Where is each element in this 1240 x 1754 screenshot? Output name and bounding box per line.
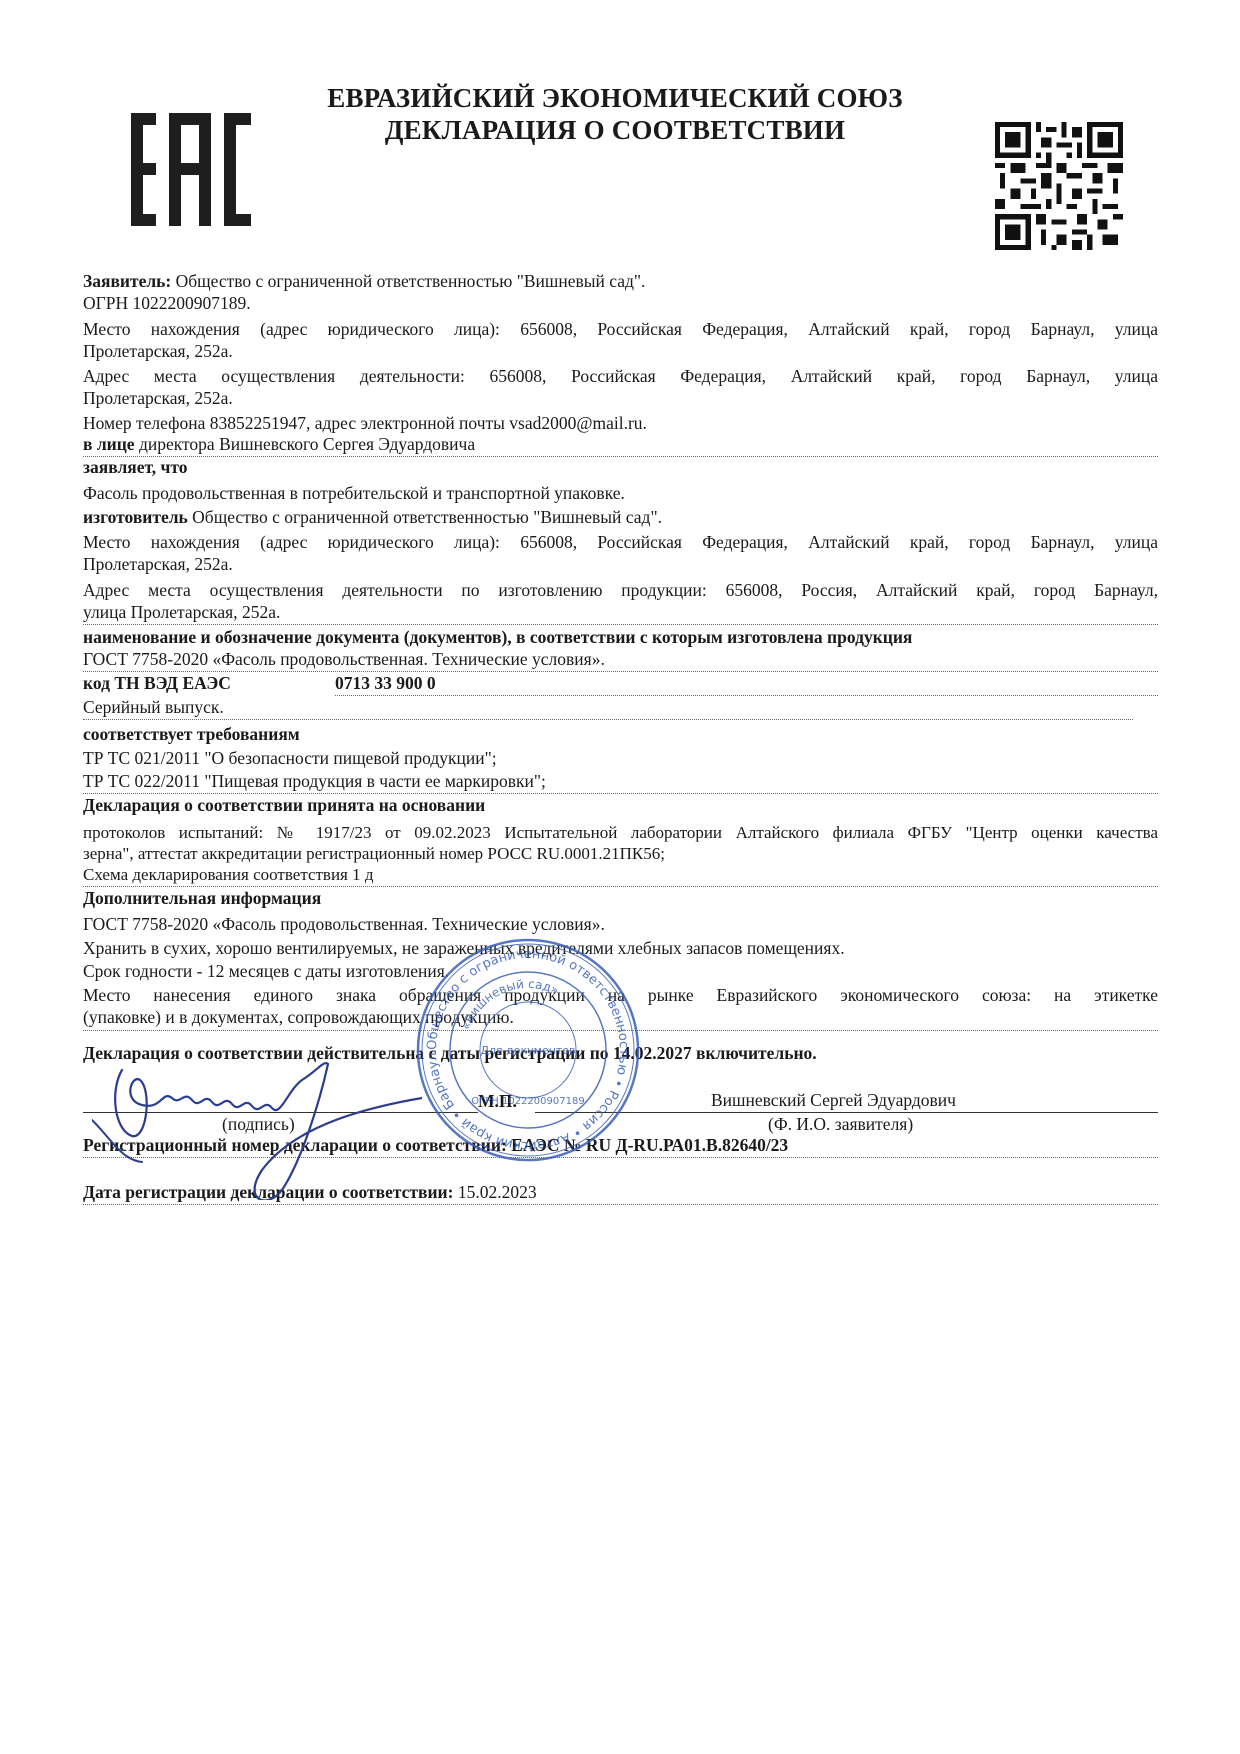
requirement-item: ТР ТС 021/2011 "О безопасности пищевой п… <box>83 748 1158 769</box>
applicant-activity-address-l2: Пролетарская, 252а. <box>83 388 1158 409</box>
represented-by: директора Вишневского Сергея Эдуардовича <box>139 434 475 454</box>
company-stamp-icon: Общество с ограниченной ответственностью… <box>414 936 642 1164</box>
basis-label: Декларация о соответствии принята на осн… <box>83 795 1158 816</box>
signer-name: Вишневский Сергей Эдуардович <box>711 1090 1111 1111</box>
basis-protocol-l1: протоколов испытаний: № 1917/23 от 09.02… <box>83 822 1158 843</box>
represented-line: в лице директора Вишневского Сергея Эдуа… <box>83 434 1158 455</box>
applicant-legal-address-l2: Пролетарская, 252а. <box>83 341 1158 362</box>
requirements-label: соответствует требованиям <box>83 724 1158 745</box>
registration-date-value: 15.02.2023 <box>458 1182 537 1202</box>
divider <box>83 793 1158 794</box>
qr-code-icon[interactable] <box>995 122 1123 250</box>
divider <box>83 624 1158 625</box>
declares-label: заявляет, что <box>83 457 1158 478</box>
manufacturer-label: изготовитель <box>83 507 188 527</box>
divider <box>83 719 1133 720</box>
applicant-line: Заявитель: Общество с ограниченной ответ… <box>83 271 1158 292</box>
divider <box>83 1204 1158 1205</box>
svg-text:«Вишневый сад»: «Вишневый сад» <box>459 977 561 1032</box>
eac-logo-icon <box>131 113 251 226</box>
divider <box>83 886 1158 887</box>
applicant-contacts: Номер телефона 83852251947, адрес электр… <box>83 413 1158 434</box>
hs-code-value: 0713 33 900 0 <box>335 673 1155 694</box>
manufacturer-name: Общество с ограниченной ответственностью… <box>192 507 662 527</box>
manufacturer-line: изготовитель Общество с ограниченной отв… <box>83 507 1158 528</box>
applicant-name: Общество с ограниченной ответственностью… <box>176 271 646 291</box>
stamp-ogrn-text: ОГРН 1022200907189 <box>471 1096 584 1107</box>
product-description: Фасоль продовольственная в потребительск… <box>83 483 1158 504</box>
stamp-inner-text: «Вишневый сад» <box>459 977 561 1032</box>
represented-label: в лице <box>83 434 135 454</box>
applicant-activity-address-l1: Адрес места осуществления деятельности: … <box>83 366 1158 387</box>
divider <box>83 671 1158 672</box>
additional-item: ГОСТ 7758-2020 «Фасоль продовольственная… <box>83 914 1158 935</box>
additional-label: Дополнительная информация <box>83 888 1158 909</box>
manufacturer-production-address-l2: улица Пролетарская, 252а. <box>83 602 1158 623</box>
divider <box>335 695 1158 696</box>
requirement-item: ТР ТС 022/2011 "Пищевая продукция в част… <box>83 771 1158 792</box>
applicant-ogrn: ОГРН 1022200907189. <box>83 293 1158 314</box>
name-caption: (Ф. И.О. заявителя) <box>768 1114 1068 1135</box>
standard-label: наименование и обозначение документа (до… <box>83 627 1158 648</box>
handwritten-signature-icon <box>92 1050 422 1200</box>
standard-value: ГОСТ 7758-2020 «Фасоль продовольственная… <box>83 649 1158 670</box>
title-line-2: ДЕКЛАРАЦИЯ О СООТВЕТСТВИИ <box>250 114 980 146</box>
manufacturer-legal-address-l1: Место нахождения (адрес юридического лиц… <box>83 532 1158 553</box>
document-title: ЕВРАЗИЙСКИЙ ЭКОНОМИЧЕСКИЙ СОЮЗ ДЕКЛАРАЦИ… <box>250 82 980 146</box>
manufacturer-legal-address-l2: Пролетарская, 252а. <box>83 554 1158 575</box>
stamp-center-text: Для документов <box>480 1044 575 1057</box>
release-type: Серийный выпуск. <box>83 697 1158 718</box>
applicant-label: Заявитель: <box>83 271 171 291</box>
title-line-1: ЕВРАЗИЙСКИЙ ЭКОНОМИЧЕСКИЙ СОЮЗ <box>250 82 980 114</box>
basis-scheme: Схема декларирования соответствия 1 д <box>83 864 1158 885</box>
manufacturer-production-address-l1: Адрес места осуществления деятельности п… <box>83 580 1158 601</box>
basis-protocol-l2: зерна", аттестат аккредитации регистраци… <box>83 843 1158 864</box>
applicant-legal-address-l1: Место нахождения (адрес юридического лиц… <box>83 319 1158 340</box>
